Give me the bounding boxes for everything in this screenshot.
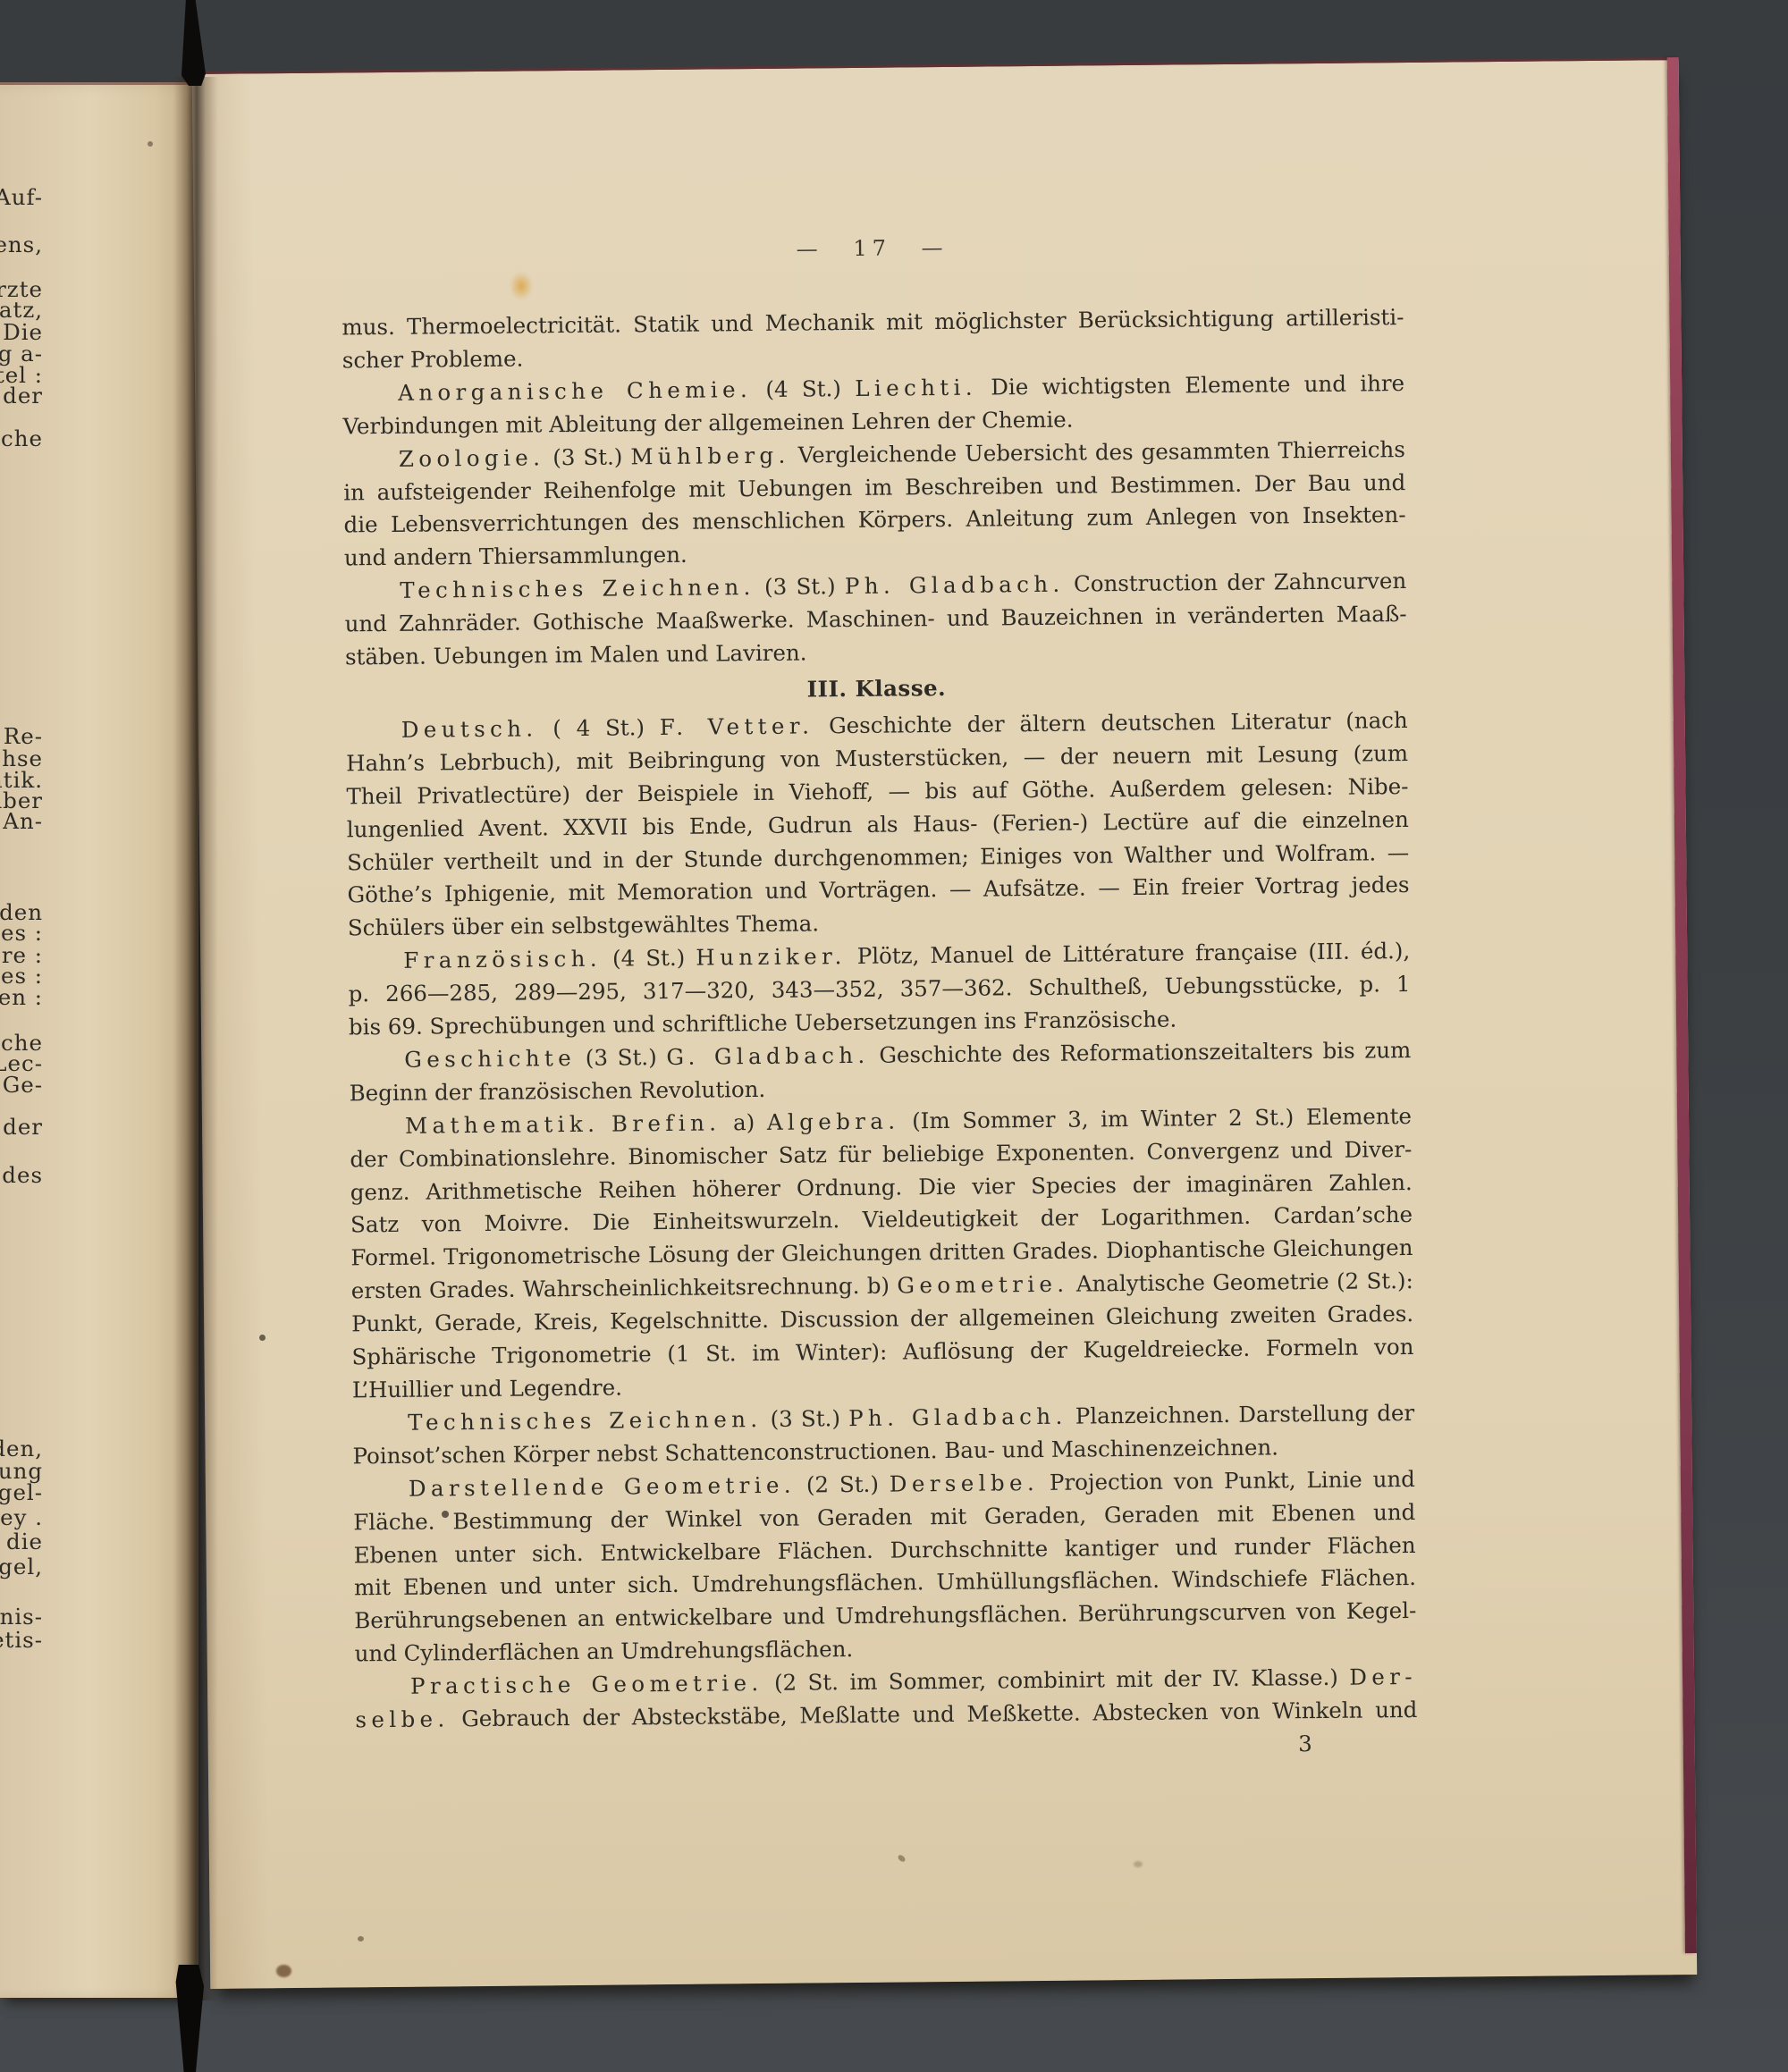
left-page-text-fragment: der (3, 1114, 43, 1140)
spine-shadow-top (181, 0, 206, 86)
spine-shadow-bottom (175, 1965, 204, 2072)
section-heading: III. Klasse. (345, 668, 1407, 711)
left-page-text-fragment: ens, (0, 232, 43, 257)
left-page-text-fragment: Auf- (0, 184, 43, 210)
main-page: — 17 — mus. Thermoelectricität. Statik u… (192, 57, 1698, 1989)
left-page: Auf-ens,rztesatz,Dieeg a-tel :derscheRe-… (0, 82, 198, 1998)
left-page-text-fragment: sche (0, 425, 43, 451)
left-page-text-fragment: dey . (0, 1504, 43, 1530)
left-page-text-fragment: gel- (0, 1479, 43, 1505)
left-page-text-fragment: gel, (0, 1554, 43, 1579)
left-page-text-fragment: des (2, 1162, 43, 1188)
left-page-text-fragment: der (3, 383, 43, 409)
left-page-text-fragment: nis- (0, 1604, 43, 1630)
left-page-text-fragment: sen : (0, 984, 43, 1010)
book-scan: Auf-ens,rztesatz,Dieeg a-tel :derscheRe-… (0, 0, 1788, 2072)
book-gutter (173, 77, 218, 2000)
left-page-text-fragment: etis- (0, 1627, 43, 1653)
book-cover-fore-edge (1667, 57, 1697, 1953)
page-number: — 17 — (342, 231, 1404, 265)
left-page-text-fragment: die (6, 1529, 43, 1554)
page-text: mus. Thermoelectricität. Statik und Mech… (342, 301, 1418, 1770)
left-page-text-fragment: An- (3, 808, 43, 834)
left-page-text-fragment: Ge- (3, 1072, 43, 1098)
